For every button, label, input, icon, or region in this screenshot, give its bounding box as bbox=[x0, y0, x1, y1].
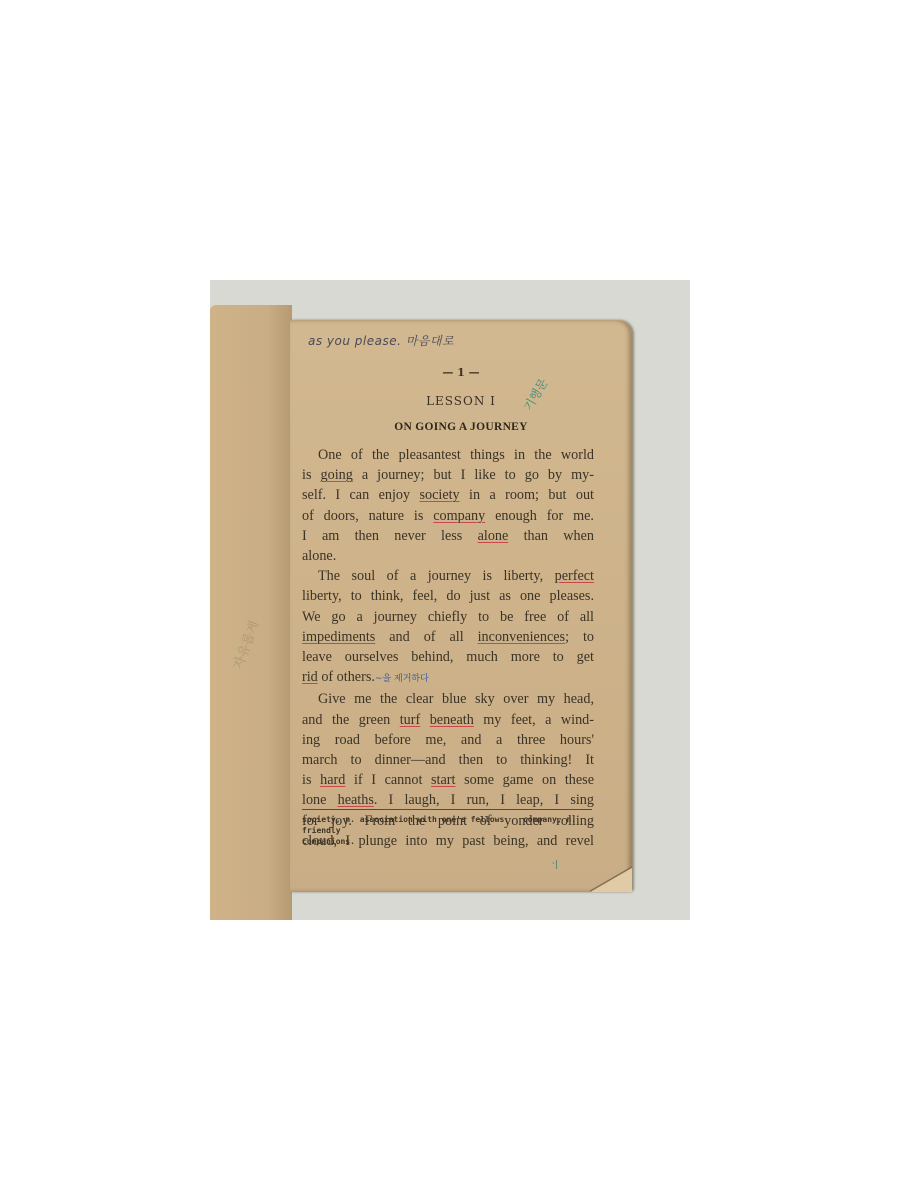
footnotes: society, n. association with one's fello… bbox=[302, 814, 602, 847]
right-page: as you please. 마음대로 — 1 — 기행문 LESSON I O… bbox=[290, 320, 632, 892]
text-line: self. I can enjoy society in a room; but… bbox=[302, 485, 594, 505]
left-page: 자유롭게 bbox=[210, 305, 292, 920]
ink-mark: ˑ| bbox=[552, 860, 558, 870]
text-line: The soul of a journey is liberty, perfec… bbox=[302, 566, 594, 586]
text-line: rid of others.~을 제거하다 bbox=[302, 667, 594, 689]
text-line: I am then never less alone than when bbox=[302, 526, 594, 546]
text-line: lone heaths. I laugh, I run, I leap, I s… bbox=[302, 790, 594, 810]
paragraph: One of the pleasantest things in the wor… bbox=[302, 445, 594, 566]
text-line: liberty, to think, feel, do just as one … bbox=[302, 586, 594, 606]
text-line: One of the pleasantest things in the wor… bbox=[302, 445, 594, 465]
paragraph: The soul of a journey is liberty, perfec… bbox=[302, 566, 594, 689]
text-line: of doors, nature is company enough for m… bbox=[302, 506, 594, 526]
page-number: — 1 — bbox=[290, 366, 632, 379]
text-line: march to dinner—and then to thinking! It bbox=[302, 750, 594, 770]
footnote-company-cont: companions. bbox=[302, 837, 355, 846]
folded-corner bbox=[590, 866, 632, 892]
text-line: We go a journey chiefly to be free of al… bbox=[302, 607, 594, 627]
text-line: is going a journey; but I like to go by … bbox=[302, 465, 594, 485]
blue-annotation: ~을 제거하다 bbox=[375, 674, 429, 684]
text-line: Give me the clear blue sky over my head, bbox=[302, 689, 594, 709]
footnote-society: society, n. association with one's fello… bbox=[302, 815, 509, 824]
text-line: impediments and of all inconveniences; t… bbox=[302, 627, 594, 647]
text-line: is hard if I cannot start some game on t… bbox=[302, 770, 594, 790]
text-line: ing road before me, and a three hours' bbox=[302, 730, 594, 750]
book-photo: 자유롭게 as you please. 마음대로 — 1 — 기행문 LESSO… bbox=[210, 280, 690, 920]
text-line: leave ourselves behind, much more to get bbox=[302, 647, 594, 667]
handwritten-note: as you please. 마음대로 bbox=[308, 332, 454, 349]
lesson-heading: LESSON I bbox=[290, 394, 632, 408]
body-text: One of the pleasantest things in the wor… bbox=[302, 445, 594, 851]
text-line: alone. bbox=[302, 546, 594, 566]
lesson-title: ON GOING A JOURNEY bbox=[290, 421, 632, 433]
footnote-divider bbox=[302, 809, 592, 810]
text-line: and the green turf beneath my feet, a wi… bbox=[302, 710, 594, 730]
left-margin-scribble: 자유롭게 bbox=[228, 618, 263, 672]
